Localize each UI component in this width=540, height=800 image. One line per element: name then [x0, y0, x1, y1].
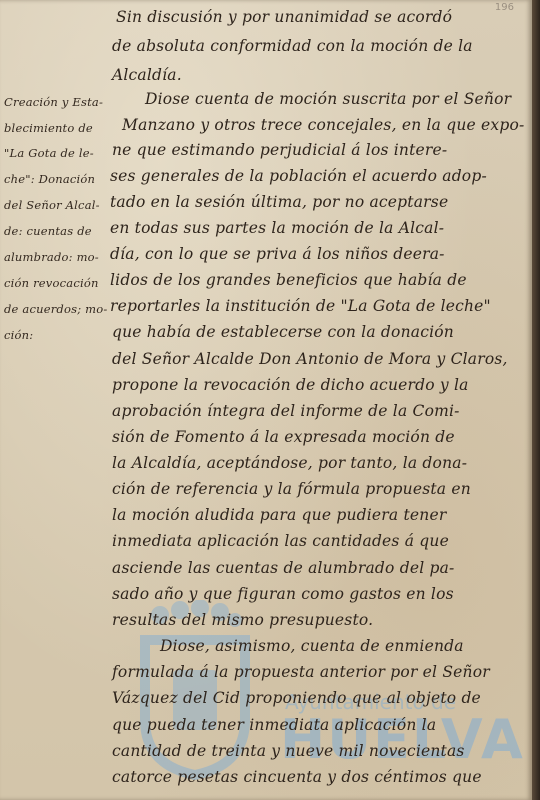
- body-line: Vázquez del Cid proponiendo que al objet…: [112, 689, 481, 707]
- body-line: catorce pesetas cincuenta y dos céntimos…: [112, 768, 482, 786]
- margin-note: de acuerdos; mo-: [4, 302, 107, 316]
- body-line: del Señor Alcalde Don Antonio de Mora y …: [112, 350, 508, 368]
- page-edge: [532, 0, 540, 800]
- body-line: en todas sus partes la moción de la Alca…: [110, 219, 444, 237]
- margin-note: blecimiento de: [4, 121, 93, 135]
- body-line: reportarles la institución de "La Gota d…: [110, 297, 491, 315]
- margin-note: ción revocación: [4, 276, 99, 290]
- body-line: resultas del mismo presupuesto.: [112, 611, 373, 629]
- body-line: que pueda tener inmediata aplicación la: [112, 716, 436, 734]
- body-line: Manzano y otros trece concejales, en la …: [122, 116, 524, 134]
- body-line: Diose, asimismo, cuenta de enmienda: [160, 637, 464, 655]
- body-line: ses generales de la población el acuerdo…: [110, 167, 487, 185]
- body-line: Sin discusión y por unanimidad se acordó: [116, 8, 452, 26]
- body-line: que había de establecerse con la donació…: [112, 323, 454, 341]
- margin-note: ción:: [4, 328, 33, 342]
- margin-note: Creación y Esta-: [4, 95, 103, 109]
- body-line: Alcaldía.: [112, 66, 182, 84]
- body-line: Diose cuenta de moción suscrita por el S…: [145, 90, 511, 108]
- margin-note: alumbrado: mo-: [4, 250, 99, 264]
- body-line: día, con lo que se priva á los niños dee…: [110, 245, 445, 263]
- body-line: ción de referencia y la fórmula propuest…: [112, 480, 471, 498]
- body-line: la moción aludida para que pudiera tener: [112, 506, 446, 524]
- body-line: cantidad de treinta y nueve mil novecien…: [112, 742, 465, 760]
- body-line: asciende las cuentas de alumbrado del pa…: [112, 559, 455, 577]
- margin-note: del Señor Alcal-: [4, 198, 100, 212]
- margin-note: che": Donación: [4, 172, 95, 186]
- manuscript-page: 196 Ayuntamiento de HUELVA Sin discusión…: [0, 0, 532, 800]
- body-line: sión de Fomento á la expresada moción de: [112, 428, 455, 446]
- body-line: tado en la sesión última, por no aceptar…: [110, 193, 448, 211]
- body-line: propone la revocación de dicho acuerdo y…: [112, 376, 469, 394]
- body-line: inmediata aplicación las cantidades á qu…: [112, 532, 449, 550]
- margin-note: "La Gota de le-: [4, 146, 94, 160]
- margin-note: de: cuentas de: [4, 224, 92, 238]
- page-number: 196: [495, 2, 514, 13]
- body-line: ne que estimando perjudicial á los inter…: [112, 141, 447, 159]
- body-line: formulada á la propuesta anterior por el…: [112, 663, 490, 681]
- body-line: la Alcaldía, aceptándose, por tanto, la …: [112, 454, 467, 472]
- body-line: aprobación íntegra del informe de la Com…: [112, 402, 460, 420]
- body-line: lidos de los grandes beneficios que habí…: [110, 271, 467, 289]
- body-line: de absoluta conformidad con la moción de…: [112, 37, 473, 55]
- body-line: sado año y que figuran como gastos en lo…: [112, 585, 454, 603]
